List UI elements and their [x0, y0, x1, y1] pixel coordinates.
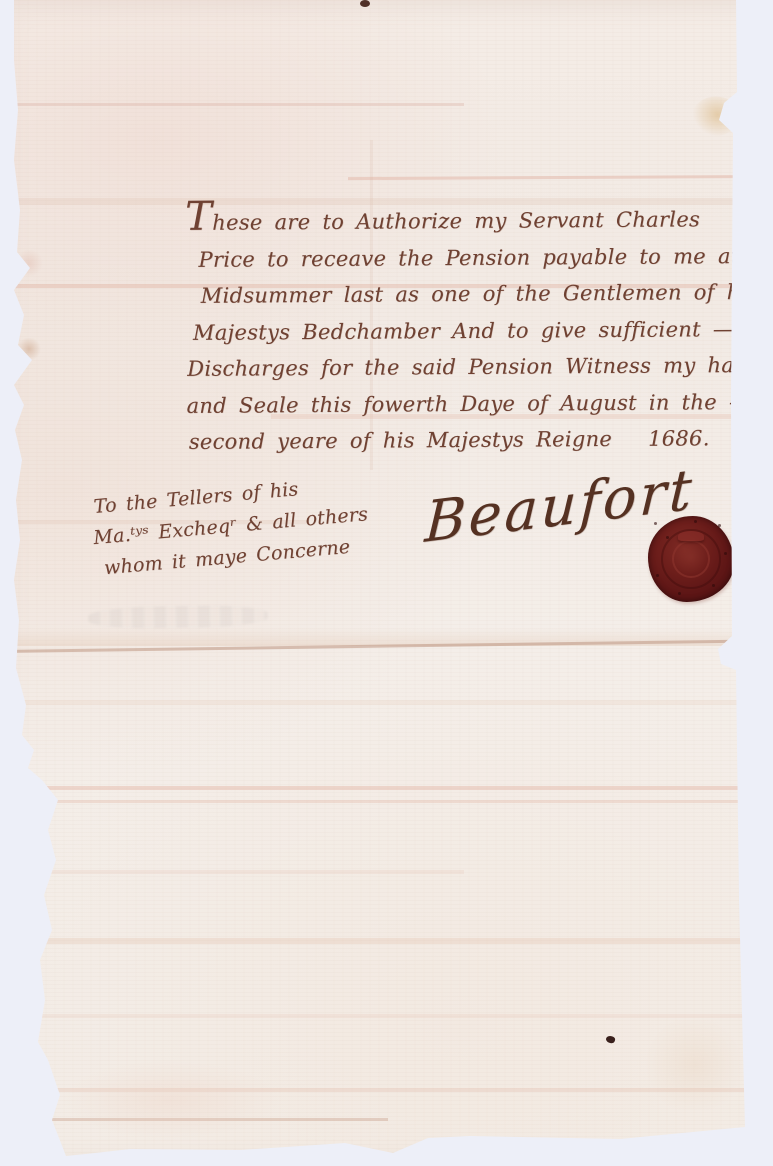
fold-crease — [40, 1118, 388, 1121]
fold-crease — [348, 175, 773, 180]
edge-stain — [16, 338, 42, 360]
scanned-document-background: These are to Authorize my Servant Charle… — [0, 0, 773, 1166]
wax-seal-inner-ring — [672, 540, 710, 578]
fold-crease — [0, 938, 773, 944]
manuscript-line: Majestys Bedchamber And to give sufficie… — [193, 311, 738, 351]
fold-crease — [0, 103, 464, 106]
manuscript-page: These are to Authorize my Servant Charle… — [0, 0, 773, 1166]
manuscript-line: Discharges for the said Pension Witness … — [187, 347, 738, 387]
edge-stain — [14, 250, 44, 276]
fold-crease — [0, 870, 464, 874]
fold-crease — [0, 786, 773, 790]
soft-stain — [640, 1020, 750, 1110]
fold-crease — [0, 639, 773, 652]
faint-pencil-inscription — [88, 604, 268, 629]
fold-crease — [0, 800, 773, 803]
fold-crease — [0, 628, 773, 646]
manuscript-line: and Seale this fowerth Daye of August in… — [186, 384, 738, 424]
fold-crease — [0, 1014, 773, 1018]
fold-crease — [0, 1088, 773, 1092]
manuscript-line: second yeare of his Majestys Reigne 1686… — [189, 420, 739, 460]
ink-blot — [360, 0, 370, 7]
ink-blot — [605, 1035, 616, 1045]
edge-stain — [688, 91, 743, 142]
soft-stain — [60, 1060, 280, 1140]
wax-seal-specks — [654, 522, 657, 525]
address-block: To the Tellers of his Ma.ᵗʸˢ Excheqʳ & a… — [92, 468, 372, 584]
manuscript-line: These are to Authorize my Servant Charle… — [185, 201, 737, 241]
manuscript-body: These are to Authorize my Servant Charle… — [185, 201, 739, 460]
fold-crease — [0, 700, 773, 705]
red-wax-seal — [648, 516, 734, 602]
wax-seal-crown-emboss — [678, 531, 704, 541]
manuscript-line: Price to receave the Pension payable to … — [198, 238, 737, 278]
manuscript-line: Midsummer last as one of the Gentlemen o… — [201, 274, 738, 314]
